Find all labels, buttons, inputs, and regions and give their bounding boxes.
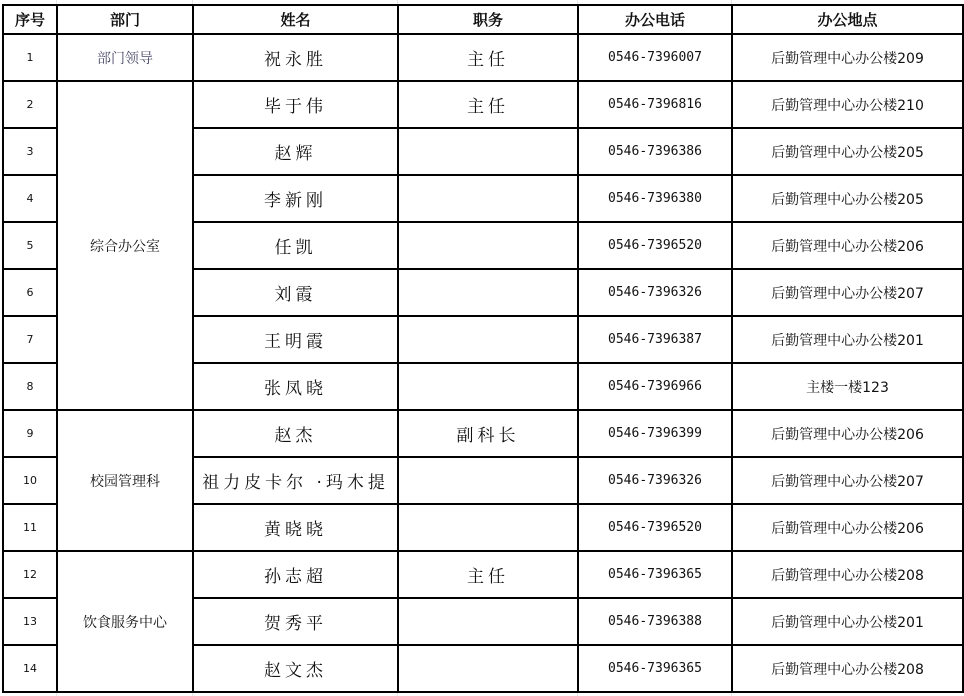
office-phone: 0546-7396380 <box>578 175 732 222</box>
job-title <box>398 457 578 504</box>
office-phone: 0546-7396365 <box>578 645 732 692</box>
header-location: 办公地点 <box>732 5 963 34</box>
row-index: 2 <box>3 81 57 128</box>
office-phone: 0546-7396326 <box>578 457 732 504</box>
row-index: 8 <box>3 363 57 410</box>
office-location: 后勤管理中心办公楼201 <box>732 598 963 645</box>
office-phone: 0546-7396520 <box>578 222 732 269</box>
row-index: 3 <box>3 128 57 175</box>
header-title: 职务 <box>398 5 578 34</box>
office-phone: 0546-7396966 <box>578 363 732 410</box>
office-location: 后勤管理中心办公楼205 <box>732 175 963 222</box>
office-phone: 0546-7396816 <box>578 81 732 128</box>
person-name: 刘霞 <box>193 269 398 316</box>
row-index: 14 <box>3 645 57 692</box>
job-title: 副科长 <box>398 410 578 457</box>
office-phone: 0546-7396387 <box>578 316 732 363</box>
department-cell: 饮食服务中心 <box>57 551 193 692</box>
person-name: 任凯 <box>193 222 398 269</box>
person-name: 李新刚 <box>193 175 398 222</box>
office-location: 后勤管理中心办公楼206 <box>732 504 963 551</box>
person-name: 黄晓晓 <box>193 504 398 551</box>
office-location: 后勤管理中心办公楼206 <box>732 222 963 269</box>
person-name: 祖力皮卡尔 ·玛木提 <box>193 457 398 504</box>
table-row: 2综合办公室毕于伟主任0546-7396816后勤管理中心办公楼210 <box>3 81 963 128</box>
job-title <box>398 175 578 222</box>
job-title: 主任 <box>398 551 578 598</box>
office-phone: 0546-7396365 <box>578 551 732 598</box>
table-body: 1部门领导祝永胜主任0546-7396007后勤管理中心办公楼2092综合办公室… <box>3 34 963 692</box>
office-phone: 0546-7396388 <box>578 598 732 645</box>
header-row: 序号 部门 姓名 职务 办公电话 办公地点 <box>3 5 963 34</box>
job-title <box>398 316 578 363</box>
office-location: 主楼一楼123 <box>732 363 963 410</box>
person-name: 贺秀平 <box>193 598 398 645</box>
job-title: 主任 <box>398 34 578 81</box>
office-location: 后勤管理中心办公楼210 <box>732 81 963 128</box>
office-location: 后勤管理中心办公楼209 <box>732 34 963 81</box>
job-title <box>398 363 578 410</box>
row-index: 4 <box>3 175 57 222</box>
row-index: 11 <box>3 504 57 551</box>
person-name: 王明霞 <box>193 316 398 363</box>
row-index: 10 <box>3 457 57 504</box>
person-name: 赵杰 <box>193 410 398 457</box>
job-title: 主任 <box>398 81 578 128</box>
office-location: 后勤管理中心办公楼207 <box>732 269 963 316</box>
person-name: 张凤晓 <box>193 363 398 410</box>
table-row: 12饮食服务中心孙志超主任0546-7396365后勤管理中心办公楼208 <box>3 551 963 598</box>
person-name: 毕于伟 <box>193 81 398 128</box>
job-title <box>398 645 578 692</box>
table-row: 1部门领导祝永胜主任0546-7396007后勤管理中心办公楼209 <box>3 34 963 81</box>
job-title <box>398 598 578 645</box>
row-index: 6 <box>3 269 57 316</box>
office-location: 后勤管理中心办公楼206 <box>732 410 963 457</box>
header-index: 序号 <box>3 5 57 34</box>
office-phone: 0546-7396326 <box>578 269 732 316</box>
person-name: 赵辉 <box>193 128 398 175</box>
row-index: 5 <box>3 222 57 269</box>
table-row: 9校园管理科赵杰副科长0546-7396399后勤管理中心办公楼206 <box>3 410 963 457</box>
department-cell: 部门领导 <box>57 34 193 81</box>
row-index: 1 <box>3 34 57 81</box>
person-name: 赵文杰 <box>193 645 398 692</box>
office-phone: 0546-7396386 <box>578 128 732 175</box>
job-title <box>398 504 578 551</box>
contact-table: 序号 部门 姓名 职务 办公电话 办公地点 1部门领导祝永胜主任0546-739… <box>2 4 964 693</box>
person-name: 祝永胜 <box>193 34 398 81</box>
job-title <box>398 269 578 316</box>
office-location: 后勤管理中心办公楼201 <box>732 316 963 363</box>
header-department: 部门 <box>57 5 193 34</box>
person-name: 孙志超 <box>193 551 398 598</box>
office-location: 后勤管理中心办公楼208 <box>732 645 963 692</box>
row-index: 9 <box>3 410 57 457</box>
row-index: 12 <box>3 551 57 598</box>
job-title <box>398 128 578 175</box>
office-phone: 0546-7396399 <box>578 410 732 457</box>
job-title <box>398 222 578 269</box>
office-location: 后勤管理中心办公楼205 <box>732 128 963 175</box>
row-index: 7 <box>3 316 57 363</box>
header-name: 姓名 <box>193 5 398 34</box>
department-cell: 校园管理科 <box>57 410 193 551</box>
header-phone: 办公电话 <box>578 5 732 34</box>
department-cell: 综合办公室 <box>57 81 193 410</box>
office-phone: 0546-7396007 <box>578 34 732 81</box>
row-index: 13 <box>3 598 57 645</box>
office-phone: 0546-7396520 <box>578 504 732 551</box>
office-location: 后勤管理中心办公楼208 <box>732 551 963 598</box>
office-location: 后勤管理中心办公楼207 <box>732 457 963 504</box>
